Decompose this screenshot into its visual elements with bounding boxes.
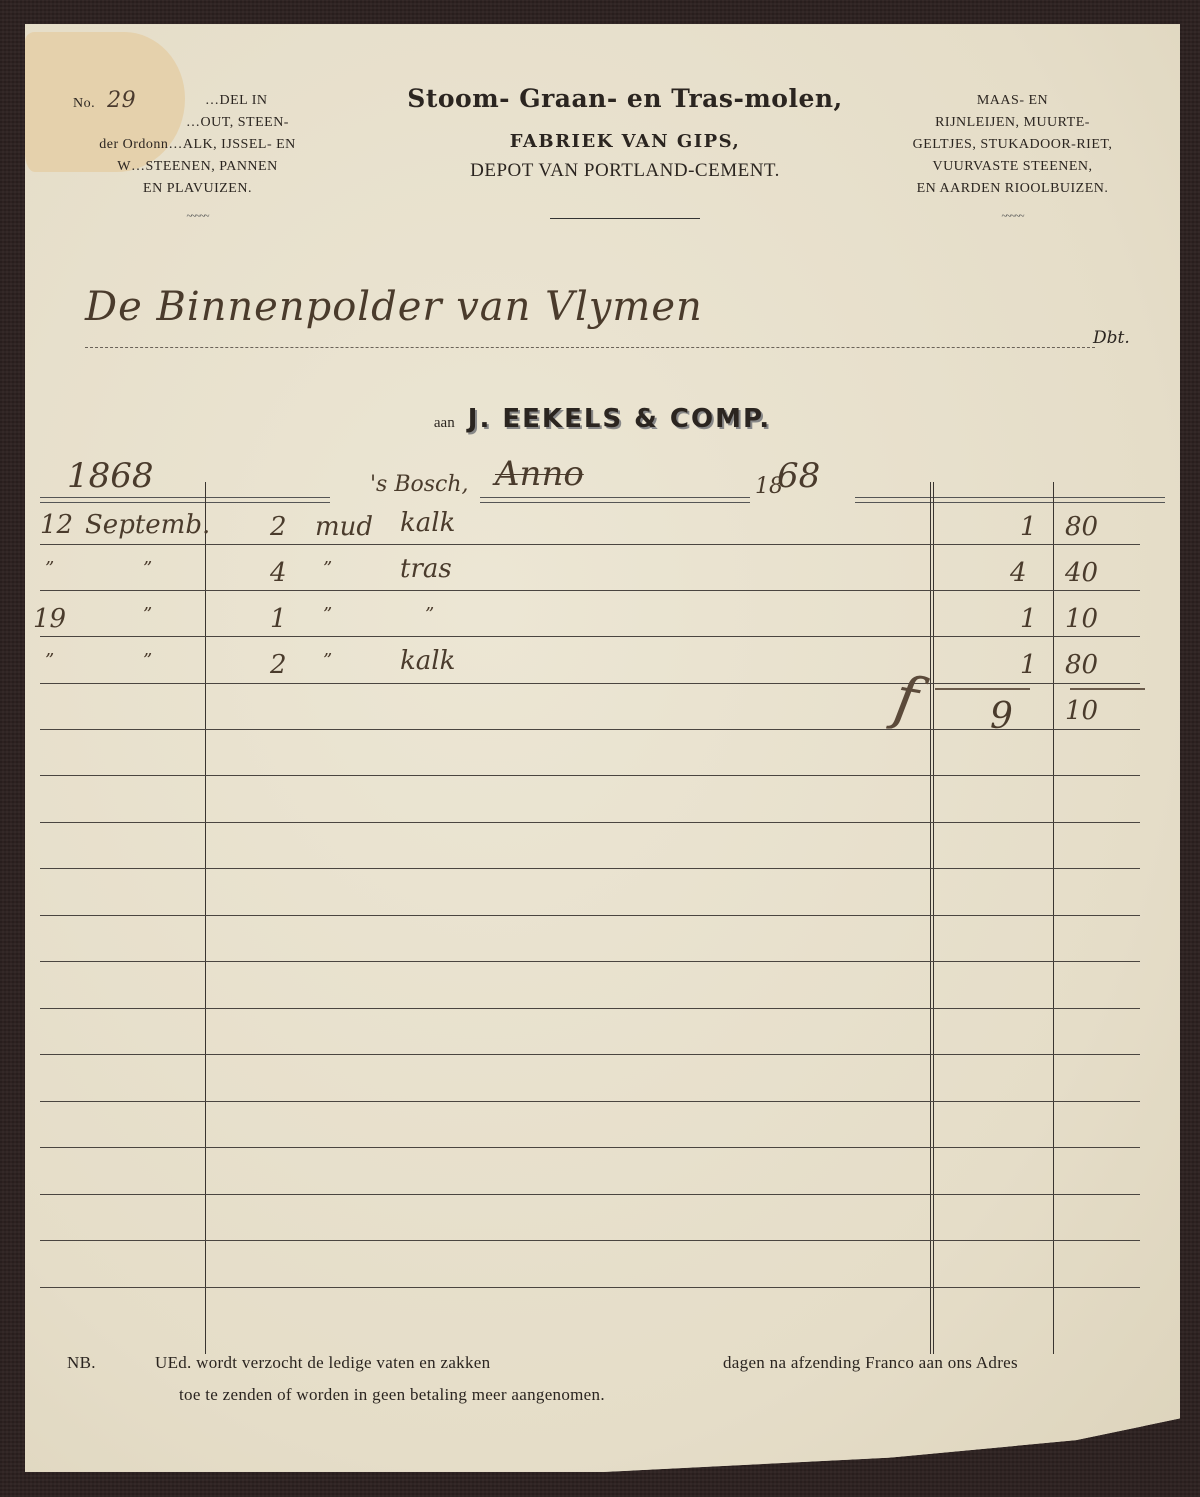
ruled-line xyxy=(40,915,1140,916)
ruled-line xyxy=(40,1008,1140,1009)
item-unit: ” xyxy=(323,650,332,671)
item-desc: kalk xyxy=(400,646,455,676)
ruled-line xyxy=(40,1287,1140,1288)
sum-underline xyxy=(1070,688,1145,691)
ruled-line xyxy=(40,1147,1140,1148)
header-right-block: MAAS- EN RIJNLEIJEN, MUURTE- GELTJES, ST… xyxy=(865,90,1160,228)
item-cents: 80 xyxy=(1065,650,1098,680)
addressee-line xyxy=(85,347,1095,348)
ruled-line xyxy=(40,961,1140,962)
footer-line: UEd. wordt verzocht de ledige vaten en z… xyxy=(155,1347,490,1379)
nb-label: NB. xyxy=(67,1347,96,1379)
item-day: ” xyxy=(45,558,54,579)
date-rule xyxy=(40,497,330,503)
item-day: 19 xyxy=(33,604,66,634)
ruled-line xyxy=(40,683,1140,684)
column-divider-amount xyxy=(933,482,934,1354)
item-qty: 4 xyxy=(270,558,287,588)
item-cents: 40 xyxy=(1065,558,1098,588)
header-right-line: EN AARDEN RIOOLBUIZEN. xyxy=(865,178,1160,200)
addressee: De Binnenpolder van Vlymen xyxy=(85,284,703,330)
item-month: ” xyxy=(143,604,152,625)
header-left-line: der Ordonn…ALK, IJSSEL- EN xyxy=(65,134,330,156)
invoice-number: No. 29 xyxy=(73,90,136,115)
item-unit: ” xyxy=(323,558,332,579)
company-depot-line: DEPOT VAN PORTLAND-CEMENT. xyxy=(330,160,920,182)
header-right-line: GELTJES, STUKADOOR-RIET, xyxy=(865,134,1160,156)
ruled-line xyxy=(40,1240,1140,1241)
header-left-line: …DEL IN xyxy=(175,90,267,112)
date-rule xyxy=(480,497,750,503)
ornament: ~~~~~ xyxy=(865,206,1160,228)
no-label: No. xyxy=(73,96,95,111)
total-cents: 10 xyxy=(1065,696,1098,726)
item-month: ” xyxy=(143,650,152,671)
ruled-line xyxy=(40,1054,1140,1055)
footer-line: dagen na afzending Franco aan ons Adres xyxy=(723,1347,1018,1379)
sum-underline xyxy=(935,688,1030,691)
header-right-line: MAAS- EN xyxy=(865,90,1160,112)
header-left-block: No. 29 …DEL IN …OUT, STEEN- der Ordonn…A… xyxy=(65,90,330,228)
firm-line: aan J. EEKELS & COMP. xyxy=(25,404,1180,434)
ruled-line xyxy=(40,729,1140,730)
item-cents: 80 xyxy=(1065,512,1098,542)
item-qty: 2 xyxy=(270,512,287,542)
item-qty: 2 xyxy=(270,650,287,680)
ruled-line xyxy=(40,1194,1140,1195)
firm-name: J. EEKELS & COMP. xyxy=(468,404,771,434)
year-left: 1868 xyxy=(67,456,154,496)
date-rule xyxy=(855,497,1165,503)
ruled-line xyxy=(40,822,1140,823)
no-value: 29 xyxy=(107,88,136,113)
ruled-line xyxy=(40,636,1140,637)
item-cents: 10 xyxy=(1065,604,1098,634)
total-guilders: 9 xyxy=(990,696,1013,737)
ruled-line xyxy=(40,868,1140,869)
column-divider-amount xyxy=(930,482,931,1354)
guilder-symbol: f xyxy=(889,663,923,736)
column-divider-cents xyxy=(1053,482,1054,1354)
header-left-line: EN PLAVUIZEN. xyxy=(65,178,330,200)
header-right-line: VUURVASTE STEENEN, xyxy=(865,156,1160,178)
item-unit: mud xyxy=(315,512,373,542)
ruled-line xyxy=(40,544,1140,545)
debtor-label: Dbt. xyxy=(1093,328,1130,348)
footer-line: toe te zenden of worden in geen betaling… xyxy=(179,1379,605,1411)
item-desc: kalk xyxy=(400,508,455,538)
anno: Anno xyxy=(495,454,584,494)
ruled-line xyxy=(40,775,1140,776)
header-divider xyxy=(550,218,700,219)
item-guilders: 4 xyxy=(1010,558,1027,588)
item-month: ” xyxy=(143,558,152,579)
item-unit: ” xyxy=(323,604,332,625)
item-desc: tras xyxy=(400,554,452,584)
invoice-paper: No. 29 …DEL IN …OUT, STEEN- der Ordonn…A… xyxy=(25,24,1180,1472)
item-qty: 1 xyxy=(270,604,287,634)
item-desc: ” xyxy=(425,604,434,625)
item-day: 12 xyxy=(40,510,73,540)
company-subline: FABRIEK VAN GIPS, xyxy=(330,131,920,152)
item-guilders: 1 xyxy=(1020,604,1037,634)
ruled-line xyxy=(40,590,1140,591)
item-day: ” xyxy=(45,650,54,671)
place: 's Bosch, xyxy=(370,472,469,497)
header-center-block: Stoom- Graan- en Tras-molen, FABRIEK VAN… xyxy=(330,84,920,219)
item-month: Septemb. xyxy=(85,510,210,540)
header-left-line: …OUT, STEEN- xyxy=(65,112,330,134)
header-left-line: W…STEENEN, PANNEN xyxy=(65,156,330,178)
ornament: ~~~~~ xyxy=(65,206,330,228)
header-right-line: RIJNLEIJEN, MUURTE- xyxy=(865,112,1160,134)
year-suffix: 68 xyxy=(777,456,820,496)
company-headline: Stoom- Graan- en Tras-molen, xyxy=(330,84,920,113)
column-divider-date xyxy=(205,482,206,1354)
item-guilders: 1 xyxy=(1020,512,1037,542)
item-guilders: 1 xyxy=(1020,650,1037,680)
firm-prefix: aan xyxy=(434,415,455,431)
ruled-line xyxy=(40,1101,1140,1102)
